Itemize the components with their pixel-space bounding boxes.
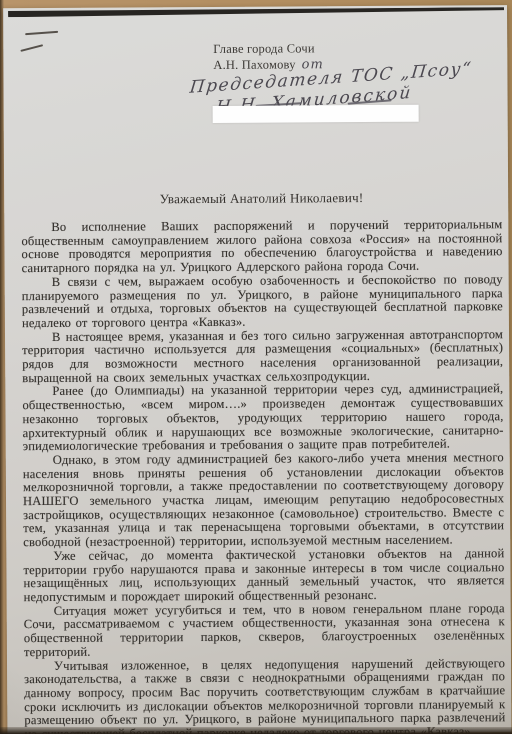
letter-paragraph: Во исполнение Ваших распоряжений и поруч…	[21, 218, 502, 276]
pen-mark-icon	[20, 44, 43, 52]
letter-paragraph: Ранее (до Олимпиады) на указанной террит…	[22, 383, 503, 454]
photo-edge-left	[0, 0, 4, 734]
pen-mark-icon	[25, 31, 58, 35]
recipient-block: Главе города Сочи А.Н. Пахомовуот	[213, 41, 324, 73]
recipient-line: Главе города Сочи	[213, 41, 324, 57]
paragraph-list: Во исполнение Ваших распоряжений и поруч…	[21, 218, 505, 734]
photo-background: Главе города Сочи А.Н. Пахомовуот Предсе…	[0, 0, 512, 734]
letter-page: Главе города Сочи А.Н. Пахомовуот Предсе…	[3, 5, 511, 734]
letter-paragraph: Ситуация может усугубиться и тем, что в …	[24, 602, 505, 660]
letter-paragraph: В настоящее время, указанная и без того …	[22, 328, 503, 386]
letter-paragraph: Уже сейчас, до момента фактической устан…	[23, 547, 504, 605]
photo-edge-bottom	[0, 727, 512, 734]
letter-body: Уважаемый Анатолий Николаевич! Во исполн…	[21, 189, 505, 734]
recipient-name: А.Н. Пахомову	[213, 57, 295, 72]
salutation: Уважаемый Анатолий Николаевич!	[21, 189, 502, 208]
scan-artifact-bar	[8, 7, 504, 17]
letter-paragraph: Однако, в этом году администрацией без к…	[23, 451, 505, 550]
letter-paragraph: В связи с чем, выражаем особую озабоченн…	[22, 273, 503, 331]
letter-paragraph: Учитывая изложенное, в целях недопущения…	[24, 657, 505, 734]
redaction-box	[213, 105, 419, 123]
